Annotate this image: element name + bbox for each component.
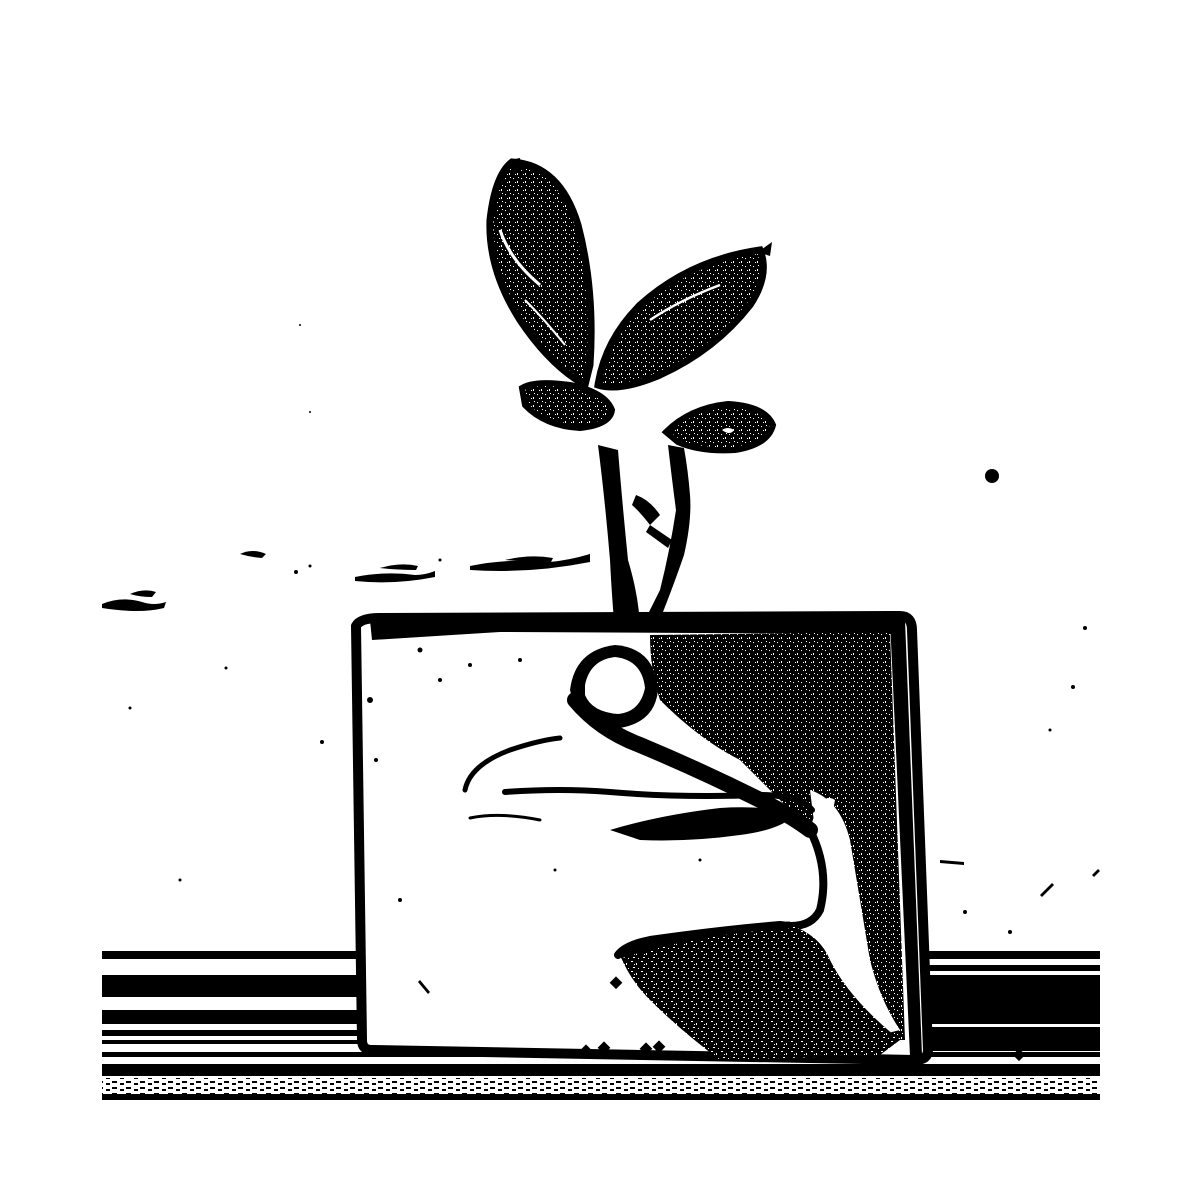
dot-on-wall: [985, 469, 999, 483]
square-pot: [356, 616, 1025, 1061]
leaf-small-right: [666, 404, 773, 450]
plant-illustration: [0, 0, 1200, 1200]
stem: [598, 445, 640, 632]
leaf-upper-left: [490, 158, 591, 385]
leaf-small-left-bud: [522, 383, 612, 428]
illustration-scene: High-contrast black-and-white illustrati…: [0, 0, 1200, 1200]
leaf-upper-right: [598, 242, 772, 387]
